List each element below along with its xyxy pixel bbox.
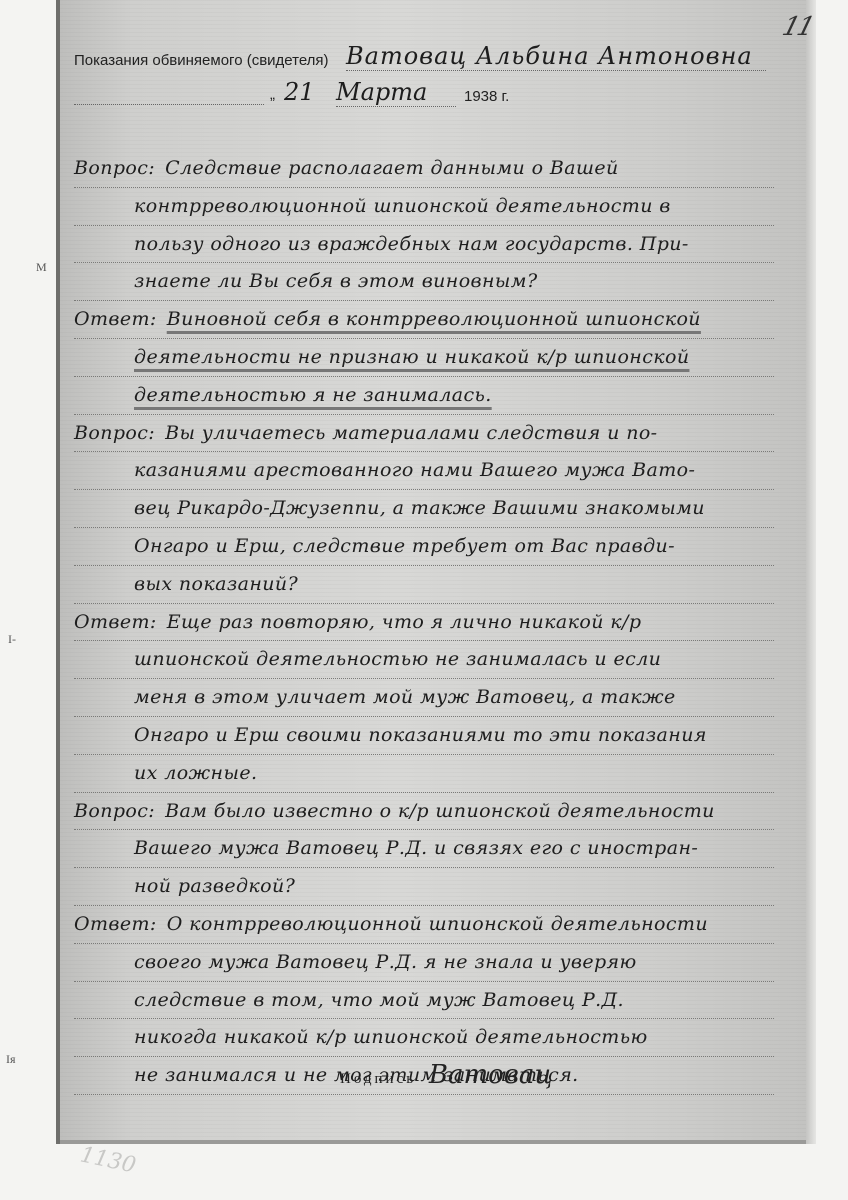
- testimony-header: Показания обвиняемого (свидетеля) Ватова…: [74, 52, 774, 69]
- line-text: Вашего мужа Ватовец Р.Д. и связях его с …: [134, 837, 698, 859]
- line-text: Онгаро и Ерш своими показаниями то эти п…: [134, 724, 707, 746]
- date-open-quote: „: [270, 86, 275, 103]
- testimony-line: ной разведкой?: [74, 868, 774, 906]
- line-text: О контрреволюционной шпионской деятельно…: [167, 913, 708, 935]
- signature-label: Подпись: [340, 1071, 416, 1087]
- question-label: Вопрос:: [74, 422, 155, 444]
- line-text: Следствие располагает данными о Вашей: [165, 157, 619, 179]
- faint-archive-mark: 1130: [78, 1142, 138, 1178]
- date-dotted-line: [74, 104, 264, 105]
- line-text: Вам было известно о к/р шпионской деятел…: [165, 800, 715, 822]
- line-text: казаниями арестованного нами Вашего мужа…: [134, 459, 695, 481]
- date-day: 21: [284, 78, 315, 106]
- line-text: следствие в том, что мой муж Ватовец Р.Д…: [134, 989, 624, 1011]
- line-text: своего мужа Ватовец Р.Д. я не знала и ув…: [134, 951, 637, 973]
- testimony-line: Ответ:О контрреволюционной шпионской дея…: [74, 906, 774, 944]
- line-text: контрреволюционной шпионской деятельност…: [134, 195, 671, 217]
- testimony-line: своего мужа Ватовец Р.Д. я не знала и ув…: [74, 944, 774, 982]
- line-text: Виновной себя в контрреволюционной шпион…: [167, 308, 701, 330]
- testimony-line: их ложные.: [74, 755, 774, 793]
- testimony-line: Вопрос:Вы уличаетесь материалами следств…: [74, 415, 774, 453]
- testimony-label: Показания обвиняемого (свидетеля): [74, 52, 329, 69]
- margin-mark-i: I-: [8, 632, 16, 647]
- date-year: 1938 г.: [464, 88, 509, 105]
- margin-mark-m: M: [36, 260, 47, 275]
- witness-name: Ватовац Альбина Антоновна: [346, 42, 766, 71]
- testimony-line: Вопрос:Вам было известно о к/р шпионской…: [74, 793, 774, 831]
- testimony-line: Онгаро и Ерш своими показаниями то эти п…: [74, 717, 774, 755]
- testimony-line: пользу одного из враждебных нам государс…: [74, 226, 774, 264]
- testimony-line: контрреволюционной шпионской деятельност…: [74, 188, 774, 226]
- line-text: Еще раз повторяю, что я лично никакой к/…: [167, 611, 642, 633]
- answer-label: Ответ:: [74, 913, 157, 935]
- line-text: Онгаро и Ерш, следствие требует от Вас п…: [134, 535, 675, 557]
- line-text: деятельности не признаю и никакой к/р шп…: [134, 346, 689, 368]
- question-label: Вопрос:: [74, 800, 155, 822]
- line-text: знаете ли Вы себя в этом виновным?: [134, 270, 538, 292]
- line-text: вец Рикардо-Джузеппи, а также Вашими зна…: [134, 497, 705, 519]
- testimony-line: деятельностью я не занималась.: [74, 377, 774, 415]
- answer-label: Ответ:: [74, 308, 157, 330]
- testimony-line: вых показаний?: [74, 566, 774, 604]
- signature-block: Подпись Ватовац: [340, 1060, 553, 1090]
- testimony-line: деятельности не признаю и никакой к/р шп…: [74, 339, 774, 377]
- margin-mark-ya: Iя: [6, 1052, 16, 1067]
- date-month: Марта: [336, 78, 456, 107]
- testimony-line: Ответ:Виновной себя в контрреволюционной…: [74, 301, 774, 339]
- line-text: меня в этом уличает мой муж Ватовец, а т…: [134, 686, 676, 708]
- testimony-line: Ответ:Еще раз повторяю, что я лично ника…: [74, 604, 774, 642]
- testimony-body: Вопрос:Следствие располагает данными о В…: [74, 150, 774, 1095]
- testimony-line: шпионской деятельностью не занималась и …: [74, 641, 774, 679]
- question-label: Вопрос:: [74, 157, 155, 179]
- testimony-line: меня в этом уличает мой муж Ватовец, а т…: [74, 679, 774, 717]
- testimony-line: Вопрос:Следствие располагает данными о В…: [74, 150, 774, 188]
- testimony-line: казаниями арестованного нами Вашего мужа…: [74, 452, 774, 490]
- testimony-line: следствие в том, что мой муж Ватовец Р.Д…: [74, 982, 774, 1020]
- testimony-line: Онгаро и Ерш, следствие требует от Вас п…: [74, 528, 774, 566]
- line-text: шпионской деятельностью не занималась и …: [134, 648, 661, 670]
- line-text: Вы уличаетесь материалами следствия и по…: [165, 422, 657, 444]
- testimony-line: никогда никакой к/р шпионской деятельнос…: [74, 1019, 774, 1057]
- signature-value: Ватовац: [429, 1060, 553, 1090]
- line-text: их ложные.: [134, 762, 257, 784]
- answer-label: Ответ:: [74, 611, 157, 633]
- testimony-line: знаете ли Вы себя в этом виновным?: [74, 263, 774, 301]
- testimony-line: Вашего мужа Ватовец Р.Д. и связях его с …: [74, 830, 774, 868]
- line-text: деятельностью я не занималась.: [134, 384, 492, 406]
- line-text: ной разведкой?: [134, 875, 295, 897]
- line-text: вых показаний?: [134, 573, 298, 595]
- testimony-line: вец Рикардо-Джузеппи, а также Вашими зна…: [74, 490, 774, 528]
- line-text: никогда никакой к/р шпионской деятельнос…: [134, 1026, 648, 1048]
- line-text: пользу одного из враждебных нам государс…: [134, 233, 689, 255]
